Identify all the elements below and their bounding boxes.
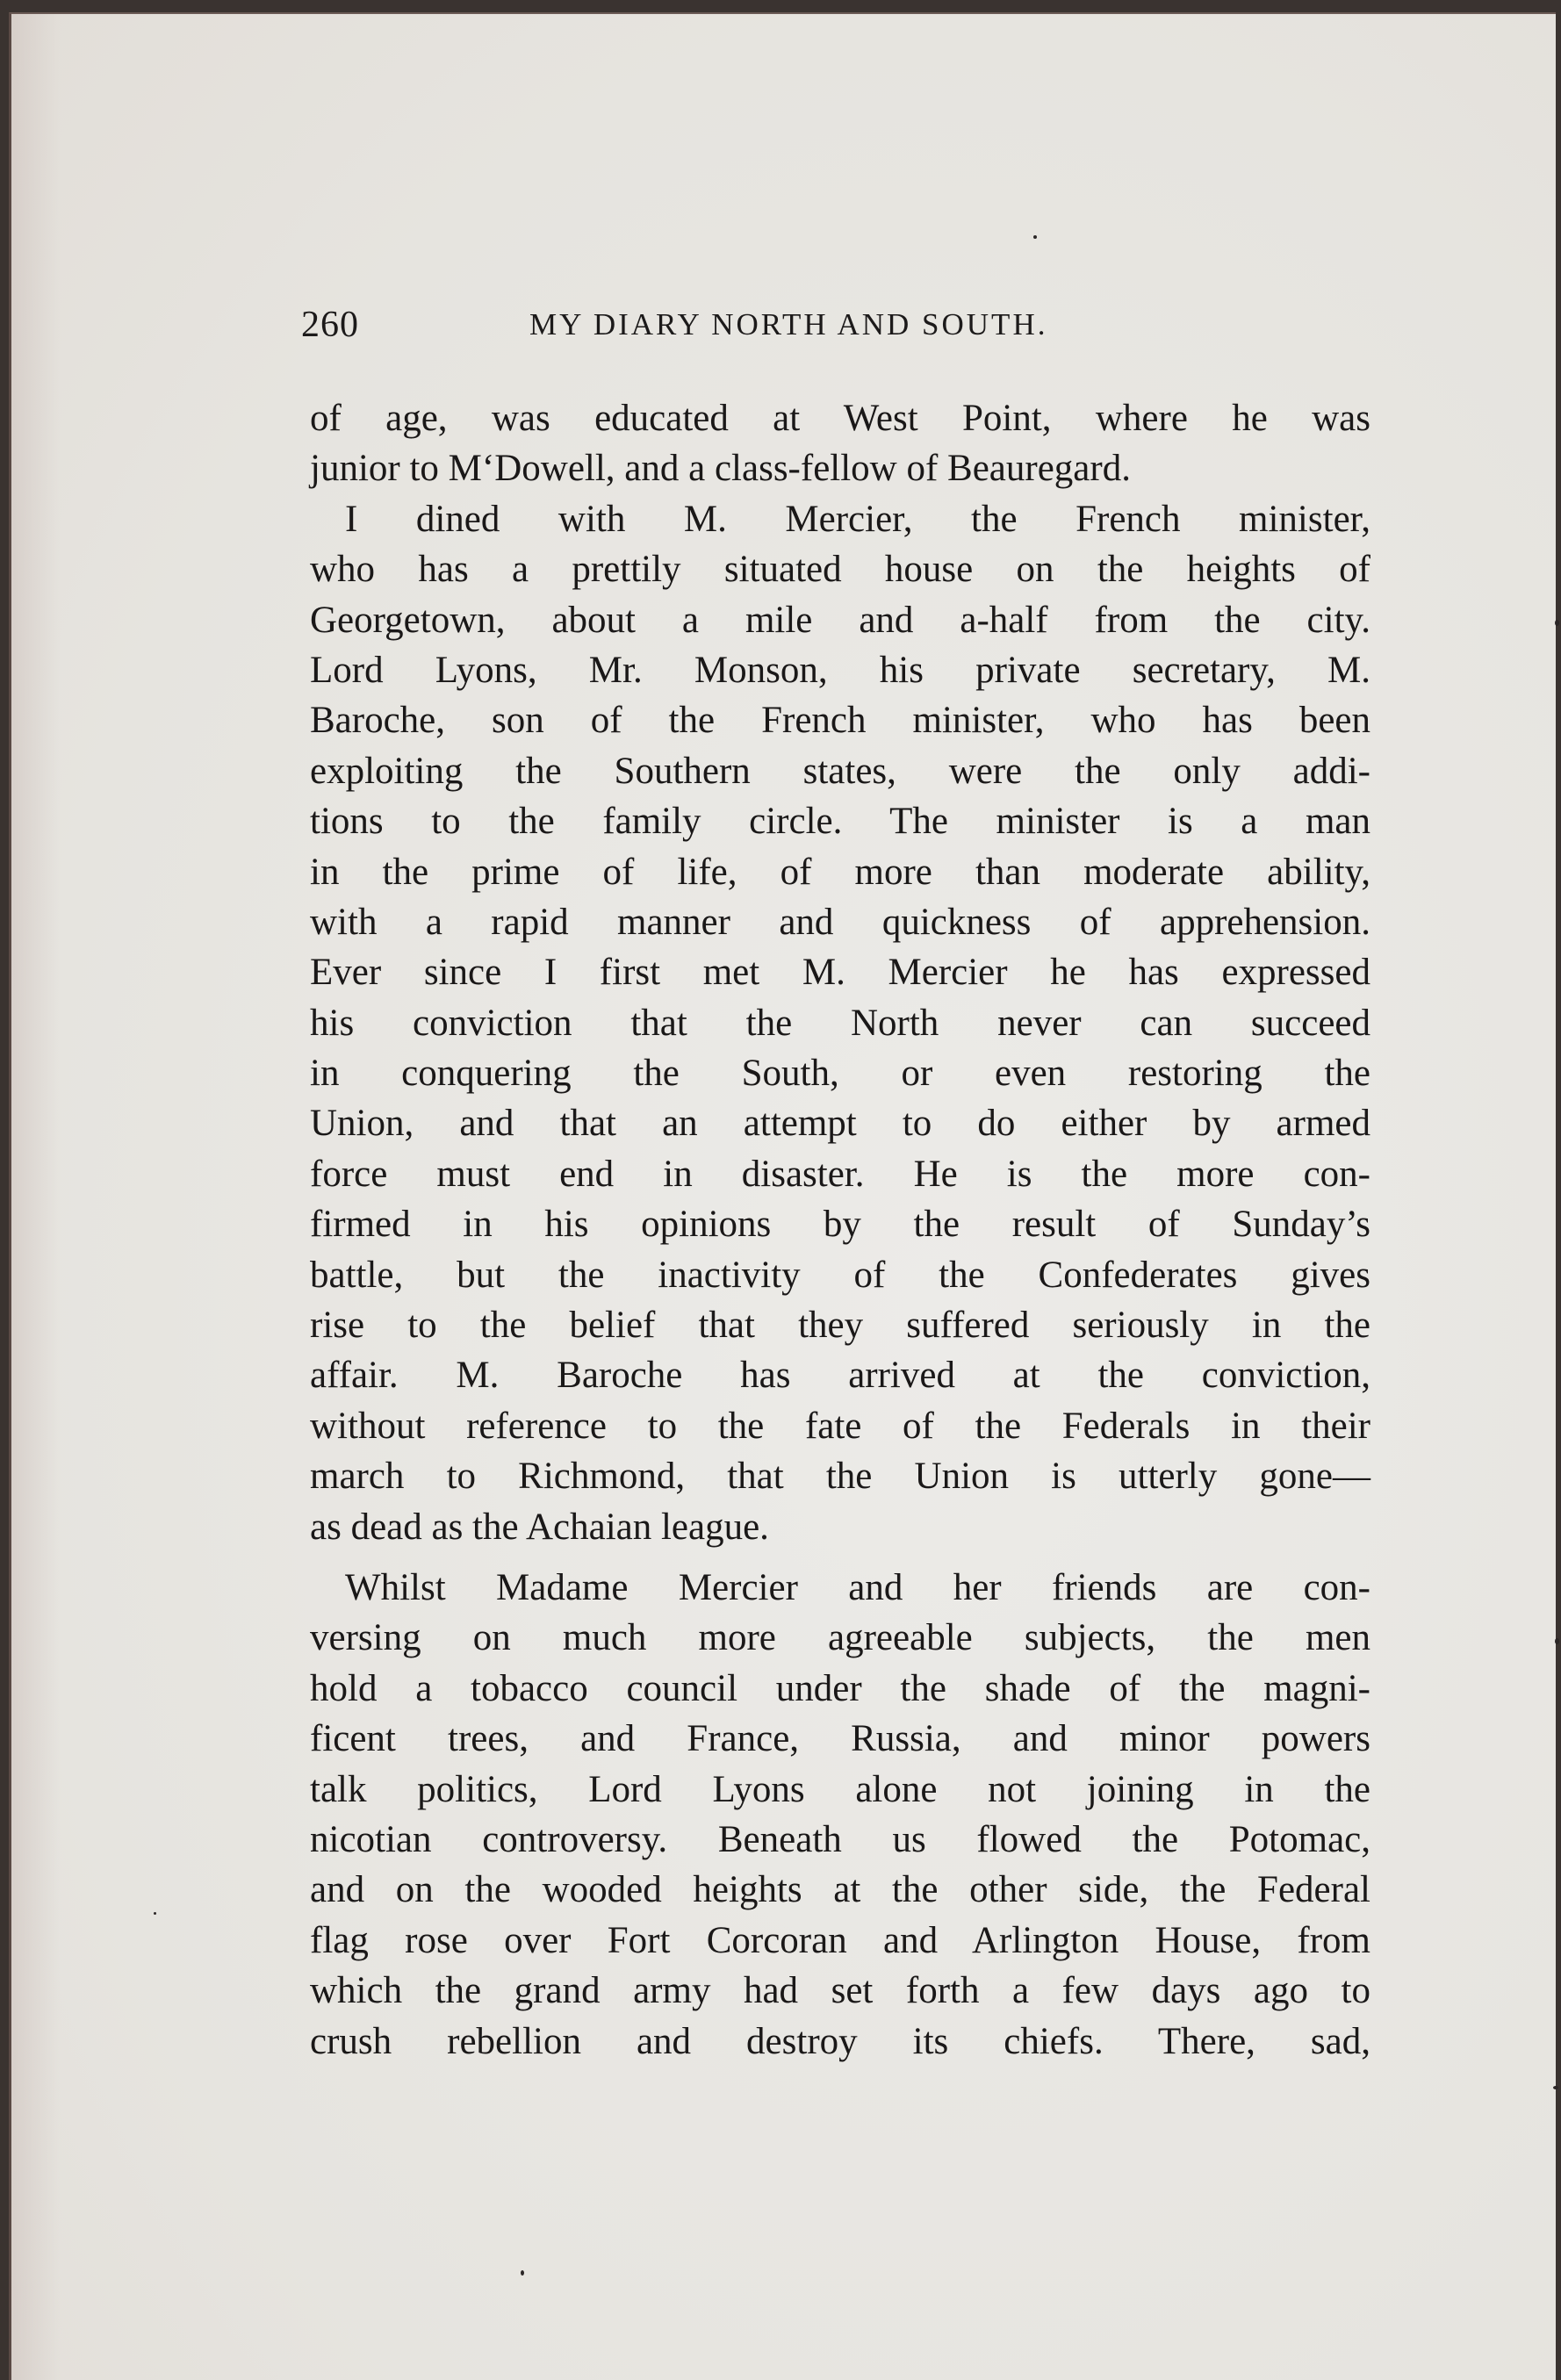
text-line: rise to the belief that they suffered se… [310, 1300, 1370, 1350]
text-line: as dead as the Achaian league. [310, 1502, 1370, 1552]
text-line: his conviction that the North never can … [310, 998, 1370, 1048]
text-line: in conquering the South, or even restori… [310, 1048, 1370, 1098]
text-line: tions to the family circle. The minister… [310, 796, 1370, 846]
body-text: of age, was educated at West Point, wher… [310, 393, 1370, 2067]
text-line: crush rebellion and destroy its chiefs. … [310, 2017, 1370, 2067]
text-line: I dined with M. Mercier, the French mini… [310, 494, 1370, 544]
scan-speck [521, 2270, 524, 2276]
text-line: and on the wooded heights at the other s… [310, 1865, 1370, 1915]
text-line: Georgetown, about a mile and a-half from… [310, 595, 1370, 645]
scan-speck [1033, 235, 1037, 239]
text-line: Baroche, son of the French minister, who… [310, 695, 1370, 745]
text-line: ficent trees, and France, Russia, and mi… [310, 1714, 1370, 1764]
text-line: force must end in disaster. He is the mo… [310, 1149, 1370, 1199]
paragraph: of age, was educated at West Point, wher… [310, 393, 1370, 494]
text-line: junior to M‘Dowell, and a class-fellow o… [310, 443, 1370, 493]
scan-speck [1555, 620, 1559, 626]
text-line: versing on much more agreeable subjects,… [310, 1613, 1370, 1663]
text-line: affair. M. Baroche has arrived at the co… [310, 1350, 1370, 1400]
text-line: flag rose over Fort Corcoran and Arlingt… [310, 1916, 1370, 1966]
text-line: which the grand army had set forth a few… [310, 1966, 1370, 2016]
text-line: Lord Lyons, Mr. Monson, his private secr… [310, 645, 1370, 695]
paragraph-gap [310, 1552, 1370, 1563]
text-line: hold a tobacco council under the shade o… [310, 1664, 1370, 1714]
scan-speck [154, 1912, 156, 1915]
scan-speck [1555, 1638, 1559, 1644]
text-line: in the prime of life, of more than moder… [310, 847, 1370, 897]
paragraph: Whilst Madame Mercier and her friends ar… [310, 1563, 1370, 2067]
text-line: without reference to the fate of the Fed… [310, 1401, 1370, 1451]
text-line: talk politics, Lord Lyons alone not join… [310, 1765, 1370, 1815]
running-head: 260 MY DIARY NORTH AND SOUTH. [301, 304, 1442, 356]
scan-speck [1553, 2086, 1558, 2089]
text-line: Union, and that an attempt to do either … [310, 1098, 1370, 1148]
page-number: 260 [301, 304, 359, 346]
text-line: Whilst Madame Mercier and her friends ar… [310, 1563, 1370, 1613]
running-title: MY DIARY NORTH AND SOUTH. [529, 307, 1047, 342]
text-line: exploiting the Southern states, were the… [310, 746, 1370, 796]
text-line: march to Richmond, that the Union is utt… [310, 1451, 1370, 1501]
text-line: who has a prettily situated house on the… [310, 544, 1370, 594]
text-line: firmed in his opinions by the result of … [310, 1199, 1370, 1249]
paragraph: I dined with M. Mercier, the French mini… [310, 494, 1370, 1552]
text-line: nicotian controversy. Beneath us flowed … [310, 1815, 1370, 1865]
text-line: of age, was educated at West Point, wher… [310, 393, 1370, 443]
text-line: Ever since I first met M. Mercier he has… [310, 947, 1370, 997]
text-line: battle, but the inactivity of the Confed… [310, 1250, 1370, 1300]
text-line: with a rapid manner and quickness of app… [310, 897, 1370, 947]
book-page: 260 MY DIARY NORTH AND SOUTH. of age, wa… [9, 12, 1556, 2380]
